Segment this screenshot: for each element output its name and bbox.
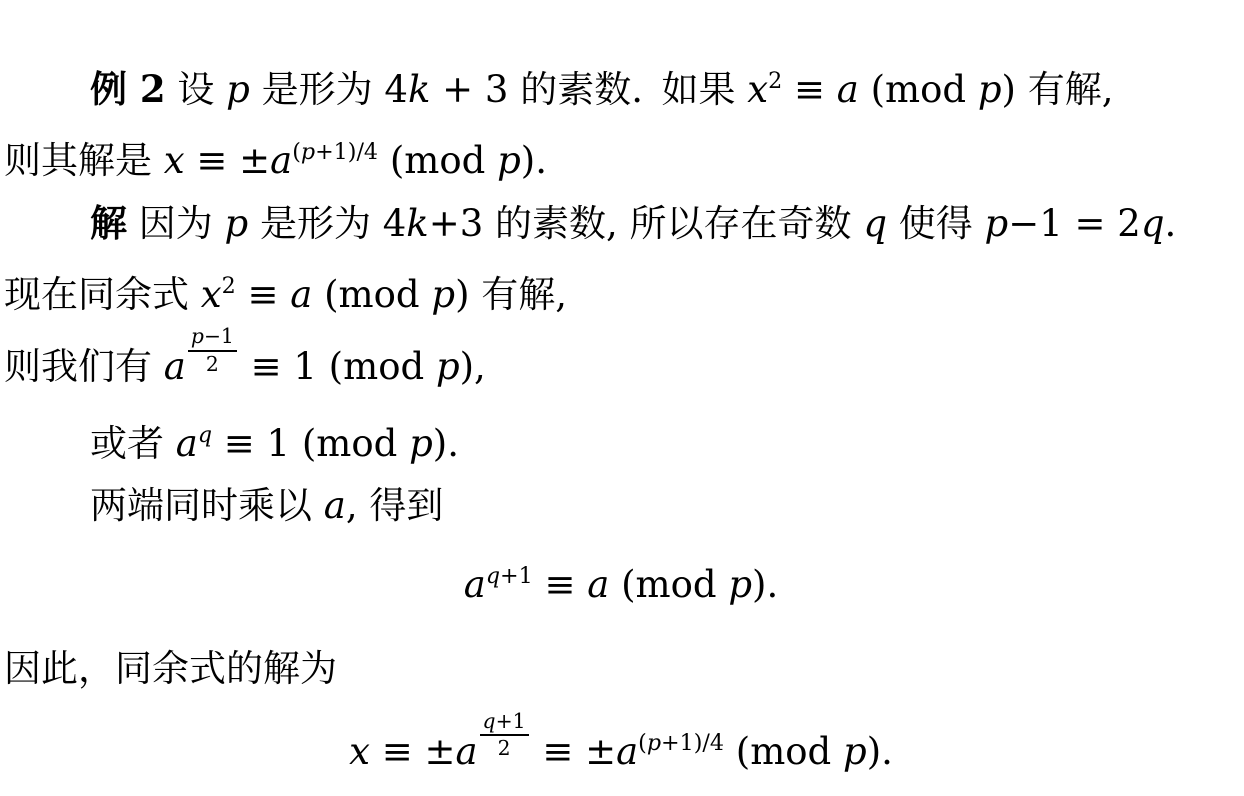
text-run-cjk: 使得 — [887, 202, 985, 245]
text-run-rm: 2 — [498, 736, 511, 760]
text-run-it: a — [616, 729, 638, 772]
text-run-it: a — [164, 345, 186, 388]
text-run-it: a — [324, 484, 346, 527]
text-run-rm: ≡ ± — [370, 729, 456, 772]
line-solution-1: 解 因为 p 是形为 4k+3 的素数, 所以存在奇数 q 使得 p−1 = 2… — [4, 192, 1238, 255]
line-solution-6: 因此，同余式的解为 — [4, 638, 1238, 700]
text-run-it: p — [191, 324, 204, 348]
text-run-it: k — [408, 68, 430, 111]
text-run-cjk: 因为 — [127, 202, 225, 245]
exponent-fraction: p−12 — [188, 325, 237, 376]
text-run-it: p — [301, 139, 315, 165]
text-run-rm: . — [1165, 202, 1177, 245]
text-run-rm: 4 — [384, 68, 408, 111]
text-run-cjk: 的素数, 所以存在奇数 — [483, 202, 863, 245]
line-solution-5: 两端同时乘以 a, 得到 — [4, 475, 1238, 537]
text-run-b: 例 2 — [90, 67, 166, 111]
text-run-b: 解 — [90, 201, 127, 245]
text-run-rm: ) — [1002, 68, 1028, 111]
superscript-exponent: 2 — [222, 273, 236, 299]
text-run-it: q — [863, 202, 887, 245]
text-run-it: p — [225, 202, 249, 245]
text-run-cjk: 则我们有 — [4, 345, 164, 388]
text-run-it: p — [978, 68, 1002, 111]
text-run-it: x — [201, 272, 222, 315]
text-run-rm: ≡ 1 (mod — [212, 422, 409, 465]
line-example-statement-1: 例 2 设 p 是形为 4k + 3 的素数. 如果 x2 ≡ a (mod p… — [4, 50, 1238, 121]
text-run-it: p — [497, 139, 521, 182]
text-run-rm: ≡ 1 (mod — [239, 345, 436, 388]
text-run-cjk: 设 — [166, 68, 227, 111]
text-run-rm: (mod — [312, 272, 431, 315]
text-run-it: a — [176, 422, 198, 465]
text-run-it: p — [409, 422, 433, 465]
fraction-denominator: 2 — [480, 736, 529, 760]
text-run-it: k — [406, 202, 428, 245]
text-run-cjk: 有解, — [1028, 68, 1114, 111]
fraction-numerator: q+1 — [480, 710, 529, 736]
text-run-rm: +3 — [429, 202, 484, 245]
text-run-it: q — [483, 709, 496, 733]
line-solution-3: 则我们有 ap−12 ≡ 1 (mod p), — [4, 325, 1238, 404]
text-run-rm: ≡ ± — [531, 729, 617, 772]
superscript-exponent: (p+1)/4 — [292, 139, 378, 165]
text-run-rm: +1 — [496, 709, 526, 733]
text-run-cjk: 两端同时乘以 — [90, 484, 324, 527]
text-run-it: a — [587, 563, 609, 606]
text-run-it: p — [843, 729, 867, 772]
text-run-rm: +1)/4 — [315, 139, 378, 165]
text-run-rm: (mod — [378, 139, 497, 182]
text-run-cjk: 得到 — [369, 484, 443, 527]
text-run-rm: +1 — [500, 563, 533, 589]
line-solution-4: 或者 aq ≡ 1 (mod p). — [4, 404, 1238, 475]
display-equation-2: x ≡ ±aq+12 ≡ ±a(p+1)/4 (mod p). — [4, 700, 1238, 795]
text-run-rm: (mod — [724, 729, 843, 772]
exponent-fraction: q+12 — [480, 710, 529, 761]
line-example-statement-2: 则其解是 x ≡ ±a(p+1)/4 (mod p). — [4, 121, 1238, 192]
text-run-it: x — [349, 729, 370, 772]
document-page: 例 2 设 p 是形为 4k + 3 的素数. 如果 x2 ≡ a (mod p… — [0, 0, 1244, 794]
text-run-rm: ( — [638, 730, 647, 756]
text-run-rm: ≡ ± — [185, 139, 271, 182]
text-run-it: x — [747, 68, 768, 111]
text-run-rm: ). — [752, 563, 778, 606]
text-run-it: p — [436, 345, 460, 388]
superscript-exponent: q — [198, 422, 212, 448]
text-run-rm: (mod — [609, 563, 728, 606]
text-run-rm: 4 — [383, 202, 407, 245]
text-run-cjk: 因此，同余式的解为 — [4, 647, 337, 690]
text-run-rm: 2 — [206, 352, 219, 376]
display-equation-1: aq+1 ≡ a (mod p). — [4, 537, 1238, 624]
text-run-rm: ), — [460, 345, 486, 388]
text-run-rm: (mod — [859, 68, 978, 111]
text-run-rm: ). — [433, 422, 459, 465]
text-run-cjk: 是形为 — [250, 68, 385, 111]
text-run-rm: ≡ — [236, 272, 291, 315]
text-run-it: p — [728, 563, 752, 606]
text-run-rm: −1 — [204, 324, 234, 348]
text-run-it: q — [1141, 202, 1165, 245]
text-run-it: p — [985, 202, 1009, 245]
text-run-cjk: 是形为 — [248, 202, 383, 245]
text-run-rm: −1 = 2 — [1008, 202, 1141, 245]
text-run-rm: ). — [521, 139, 547, 182]
superscript-exponent: 2 — [768, 68, 782, 94]
fraction-numerator: p−1 — [188, 325, 237, 351]
text-run-cjk: 则其解是 — [4, 139, 164, 182]
text-run-it: p — [226, 68, 250, 111]
text-run-it: q — [198, 422, 212, 448]
text-run-it: x — [164, 139, 185, 182]
text-run-rm: ) — [455, 272, 481, 315]
text-run-rm: 2 — [768, 68, 782, 94]
text-run-rm: + 3 — [430, 68, 508, 111]
text-run-cjk: 现在同余式 — [4, 272, 201, 315]
text-run-it: p — [431, 272, 455, 315]
text-run-rm: ≡ — [782, 68, 837, 111]
text-run-rm: ≡ — [533, 563, 588, 606]
text-run-cjk: 有解, — [481, 272, 567, 315]
text-run-rm: ). — [867, 729, 893, 772]
superscript-exponent: (p+1)/4 — [638, 730, 724, 756]
text-run-cjk: 或者 — [90, 422, 176, 465]
text-run-rm: , — [346, 484, 370, 527]
text-run-rm: 2 — [222, 273, 236, 299]
text-run-rm: +1)/4 — [661, 730, 724, 756]
text-run-it: q — [486, 563, 500, 589]
text-run-rm: ( — [292, 139, 301, 165]
text-run-it: a — [290, 272, 312, 315]
text-run-it: a — [464, 563, 486, 606]
superscript-exponent: q+1 — [486, 563, 533, 589]
text-run-it: a — [837, 68, 859, 111]
text-run-it: a — [455, 729, 477, 772]
text-run-cjk: 的素数. 如果 — [508, 68, 747, 111]
text-run-it: a — [270, 139, 292, 182]
text-run-it: p — [647, 730, 661, 756]
fraction-denominator: 2 — [188, 352, 237, 376]
line-solution-2: 现在同余式 x2 ≡ a (mod p) 有解, — [4, 255, 1238, 326]
